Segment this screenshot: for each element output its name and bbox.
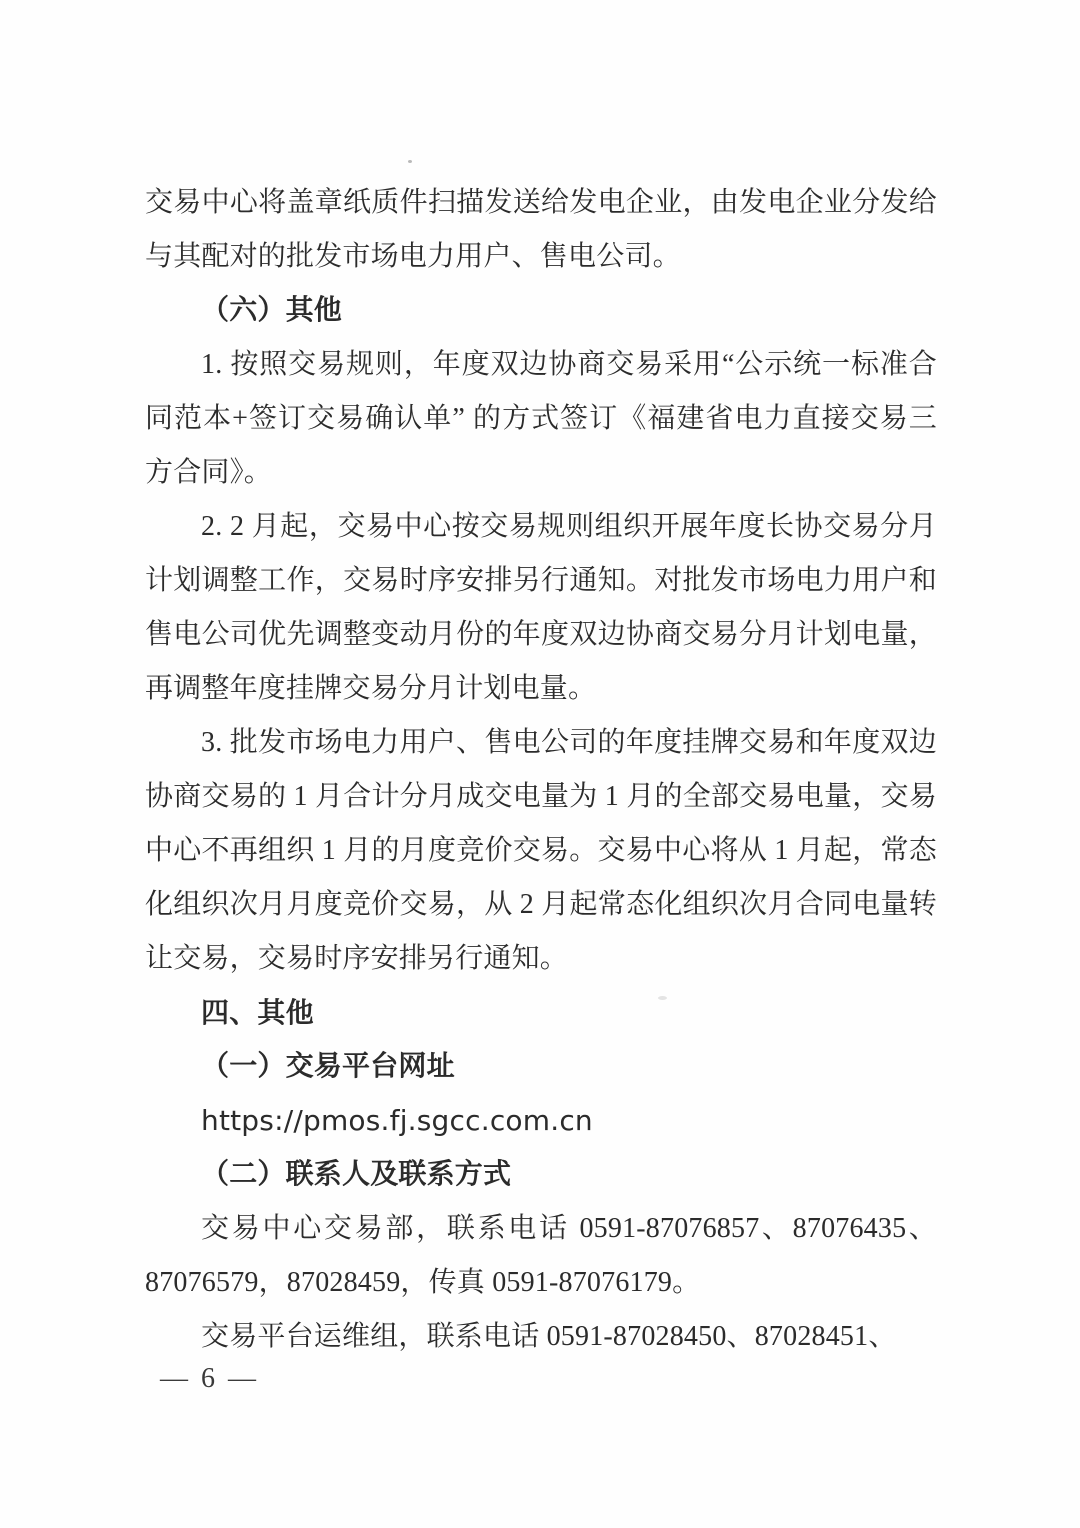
document-page: 交易中心将盖章纸质件扫描发送给发电企业，由发电企业分发给与其配对的批发市场电力用… [0,0,1080,1528]
subheading-six-other: （六）其他 [145,284,937,338]
scan-speck [408,160,412,163]
heading-four-other: 四、其他 [145,986,937,1040]
page-number: — 6 — [160,1352,259,1406]
paragraph-item-2: 2. 2 月起，交易中心按交易规则组织开展年度长协交易分月计划调整工作，交易时序… [145,500,937,716]
paragraph-item-3: 3. 批发市场电力用户、售电公司的年度挂牌交易和年度双边协商交易的 1 月合计分… [145,716,937,986]
paragraph-platform-ops-contacts: 交易平台运维组，联系电话 0591-87028450、87028451、 [145,1310,937,1364]
paragraph-seal-distribution: 交易中心将盖章纸质件扫描发送给发电企业，由发电企业分发给与其配对的批发市场电力用… [145,176,937,284]
subheading-two-contacts: （二）联系人及联系方式 [145,1148,937,1202]
paragraph-item-1: 1. 按照交易规则，年度双边协商交易采用“公示统一标准合同范本+签订交易确认单”… [145,338,937,500]
paragraph-trade-dept-contacts: 交易中心交易部，联系电话 0591-87076857、87076435、8707… [145,1202,937,1310]
document-body: 交易中心将盖章纸质件扫描发送给发电企业，由发电企业分发给与其配对的批发市场电力用… [145,176,937,1364]
platform-url: https://pmos.fj.sgcc.com.cn [145,1094,937,1148]
subheading-one-platform-url: （一）交易平台网址 [145,1040,937,1094]
